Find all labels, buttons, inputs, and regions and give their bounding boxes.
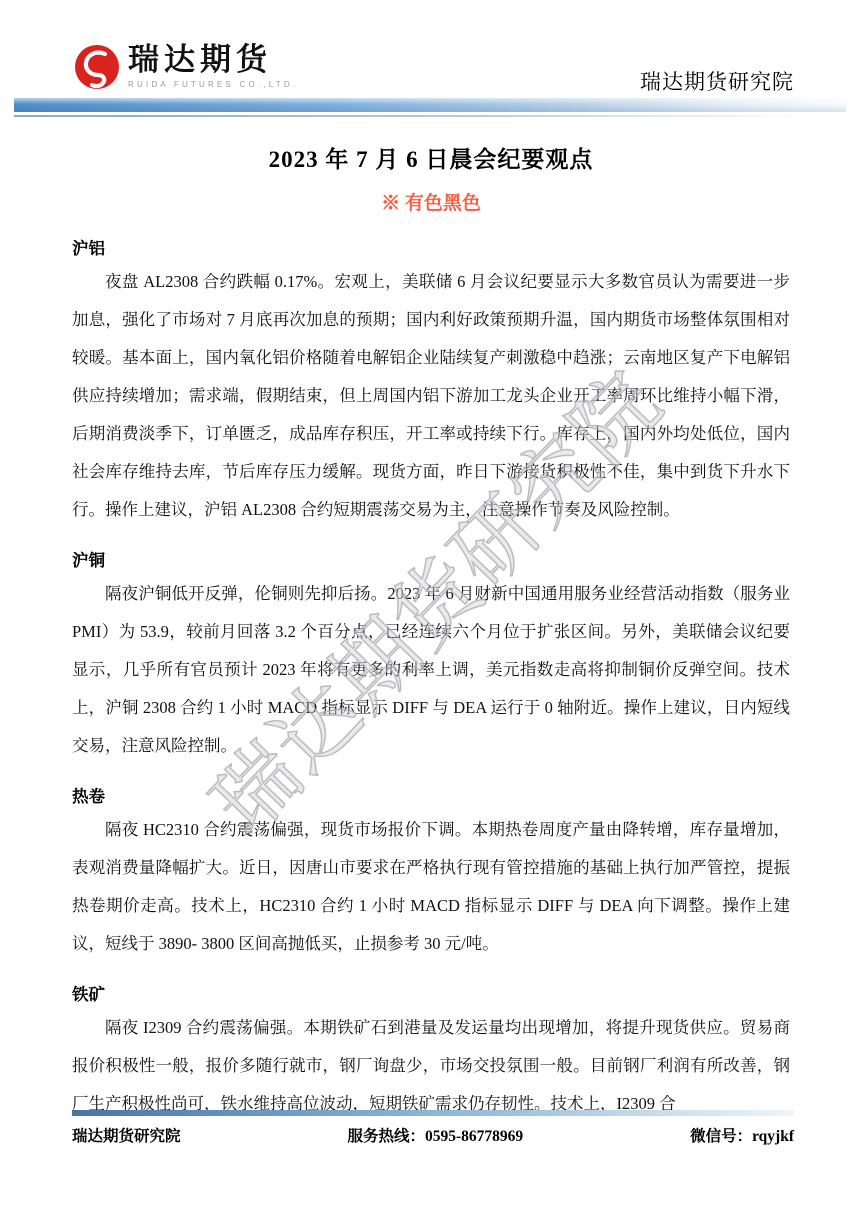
brand-name-en: RUIDA FUTURES CO.,LTD. bbox=[128, 80, 298, 89]
section-heading: 沪铜 bbox=[72, 549, 790, 573]
header-divider-underline bbox=[14, 115, 846, 117]
footer-hotline: 服务热线：0595-86778969 bbox=[347, 1124, 523, 1146]
section-body: 隔夜 HC2310 合约震荡偏强，现货市场报价下调。本期热卷周度产量由降转增，库… bbox=[72, 811, 790, 963]
ruida-logo-icon bbox=[72, 42, 122, 92]
logo-text: 瑞达期货 RUIDA FUTURES CO.,LTD. bbox=[128, 42, 298, 89]
section-rejuan: 热卷 隔夜 HC2310 合约震荡偏强，现货市场报价下调。本期热卷周度产量由降转… bbox=[72, 785, 790, 963]
section-heading: 沪铝 bbox=[72, 237, 790, 261]
section-heading: 铁矿 bbox=[72, 983, 790, 1007]
section-body: 隔夜 I2309 合约震荡偏强。本期铁矿石到港量及发运量均出现增加，将提升现货供… bbox=[72, 1009, 790, 1123]
page-footer: 瑞达期货研究院 服务热线：0595-86778969 微信号：rqyjkf bbox=[72, 1124, 794, 1146]
footer-org: 瑞达期货研究院 bbox=[72, 1124, 181, 1146]
section-hulv: 沪铝 夜盘 AL2308 合约跌幅 0.17%。宏观上，美联储 6 月会议纪要显… bbox=[72, 237, 790, 529]
section-hutong: 沪铜 隔夜沪铜低开反弹，伦铜则先抑后扬。2023 年 6 月财新中国通用服务业经… bbox=[72, 549, 790, 765]
document-content: 2023 年 7 月 6 日晨会纪要观点 ※ 有色黑色 沪铝 夜盘 AL2308… bbox=[72, 130, 790, 1123]
footer-divider-bar bbox=[72, 1110, 794, 1116]
brand-name-cn: 瑞达期货 bbox=[128, 42, 298, 78]
section-heading: 热卷 bbox=[72, 785, 790, 809]
document-page: 瑞达期货 RUIDA FUTURES CO.,LTD. 瑞达期货研究院 瑞达期货… bbox=[0, 0, 860, 1217]
header-institute-title: 瑞达期货研究院 bbox=[640, 66, 794, 96]
footer-wechat: 微信号：rqyjkf bbox=[690, 1124, 794, 1146]
page-header: 瑞达期货 RUIDA FUTURES CO.,LTD. 瑞达期货研究院 bbox=[72, 40, 794, 98]
section-tiekuang: 铁矿 隔夜 I2309 合约震荡偏强。本期铁矿石到港量及发运量均出现增加，将提升… bbox=[72, 983, 790, 1123]
company-logo: 瑞达期货 RUIDA FUTURES CO.,LTD. bbox=[72, 42, 298, 92]
section-body: 夜盘 AL2308 合约跌幅 0.17%。宏观上，美联储 6 月会议纪要显示大多… bbox=[72, 263, 790, 529]
section-body: 隔夜沪铜低开反弹，伦铜则先抑后扬。2023 年 6 月财新中国通用服务业经营活动… bbox=[72, 575, 790, 765]
page-subtitle: ※ 有色黑色 bbox=[72, 191, 790, 217]
header-divider-bar bbox=[14, 98, 846, 112]
page-title: 2023 年 7 月 6 日晨会纪要观点 bbox=[72, 144, 790, 176]
